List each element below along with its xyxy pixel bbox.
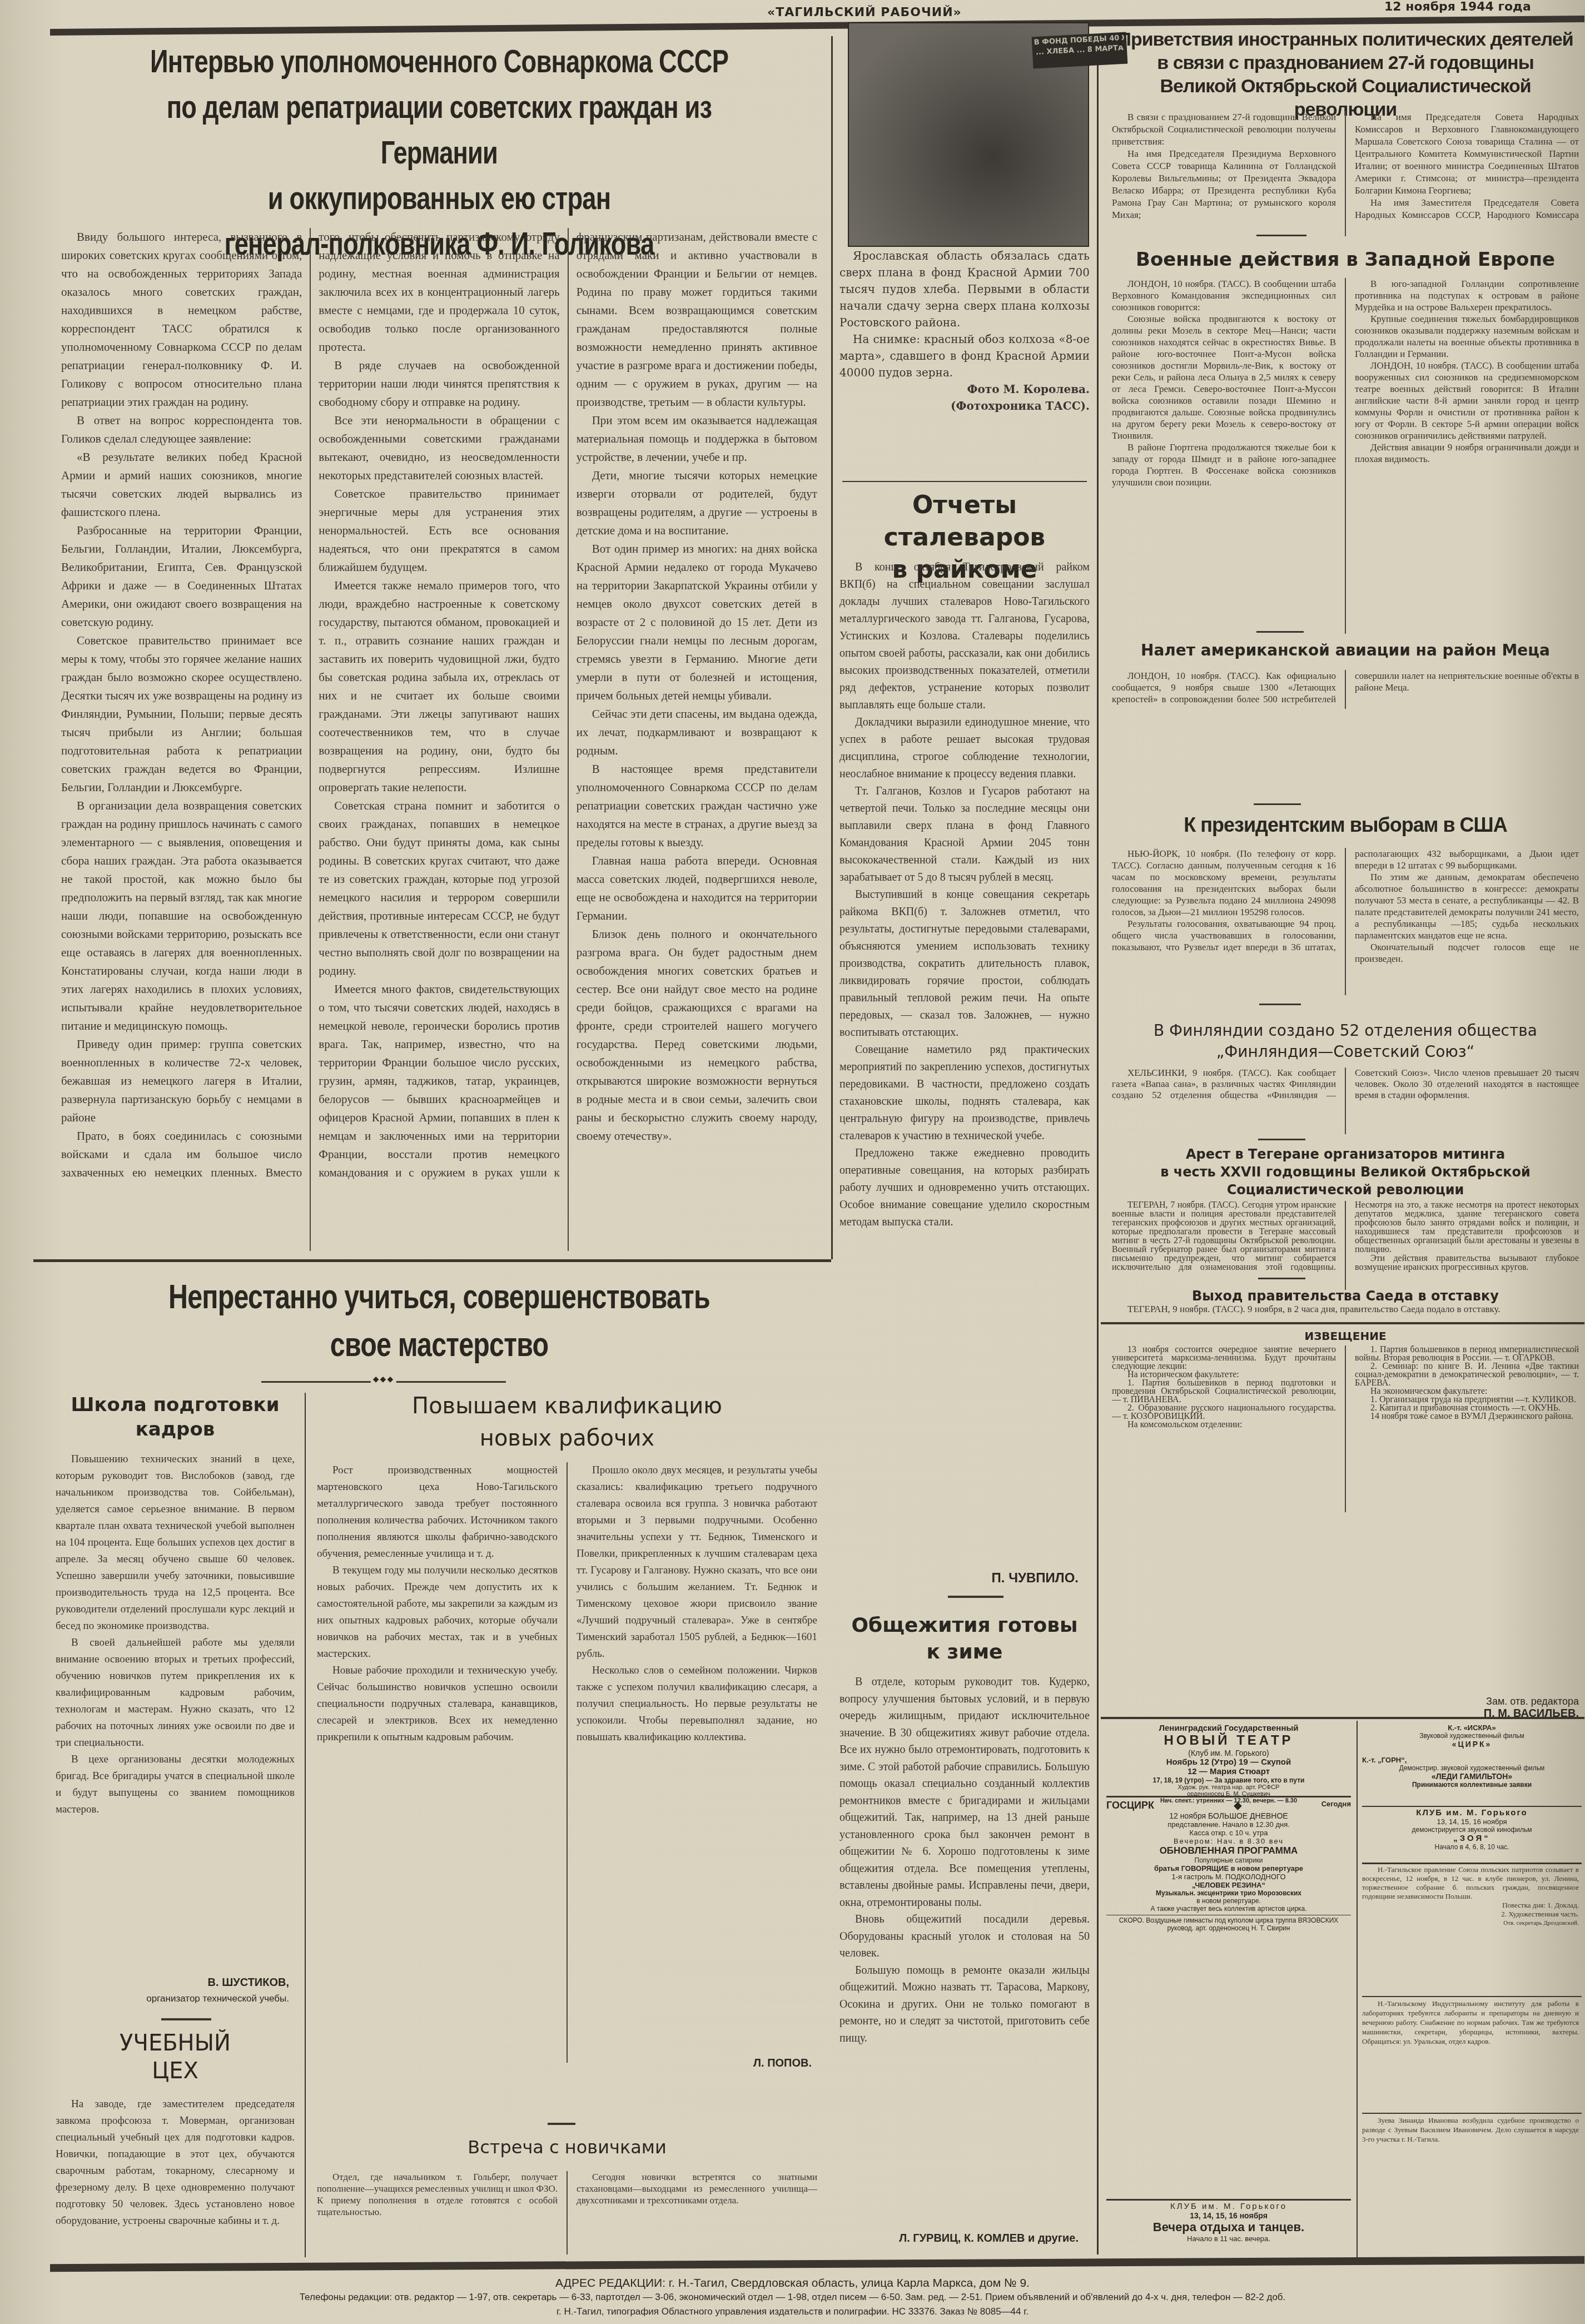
ad-divorce-notice: Зуева Зинаида Ивановна возбудила судебно… <box>1362 2116 1579 2144</box>
photo-credit: Фото М. Королева. <box>839 381 1090 398</box>
footer-phones: Телефоны редакции: отв. редактор — 1-97,… <box>0 2292 1585 2303</box>
photo-agency: (Фотохроника ТАСС). <box>839 398 1090 414</box>
ad-circus: ГОСЦИРК ◆ Сегодня 12 ноября БОЛЬШОЕ ДНЕВ… <box>1106 1800 1351 1932</box>
separator <box>1362 1863 1582 1864</box>
school-signature: В. ШУСТИКОВ, <box>56 1977 289 1989</box>
qualification-article: Повышаем квалификацию новых рабочих <box>317 1390 817 1454</box>
tehran-headline-3: Социалистической революции <box>1112 1181 1579 1199</box>
photo-grain-convoy: В ФОНД ПОБЕДЫ 400 ... ХЛЕБА ... 8 МАРТА <box>848 22 1089 247</box>
photo-caption: Ярославская область обязалась сдать свер… <box>839 247 1090 331</box>
greetings-headline-1: Приветствия иностранных политических дея… <box>1112 28 1579 51</box>
school-headline-1: Школа подготовки <box>56 1393 295 1417</box>
dorms-body: В отделе, которым руководит тов. Кудерко… <box>839 1674 1090 2229</box>
metz-raid-body: ЛОНДОН, 10 ноября. (ТАСС). Как официальн… <box>1112 670 1579 709</box>
ad-polish-patriots: Н.-Тагильское правление Союза польских п… <box>1362 1865 1579 1928</box>
column-divider <box>1357 1721 1358 2260</box>
school-body: Повышению технических знаний в цехе, кот… <box>56 1451 295 1985</box>
paper-name: «ТАГИЛЬСКИЙ РАБОЧИЙ» <box>767 6 962 19</box>
notice-headline: ИЗВЕЩЕНИЕ <box>1112 1329 1579 1343</box>
column-divider <box>831 36 833 1259</box>
metz-raid-headline: Налет американской авиации на район Меца <box>1112 639 1579 662</box>
issue-date: 12 ноября 1944 года <box>1384 0 1531 14</box>
learn-headline-1: Непрестанно учиться, совершенствовать <box>145 1273 734 1321</box>
notice-body: 13 ноября состоится очередное занятие ве… <box>1112 1345 1579 1512</box>
tehran-headline-2: в честь XXVII годовщины Великой Октябрьс… <box>1112 1163 1579 1181</box>
ornament-divider <box>261 1381 506 1383</box>
school-article: Школа подготовки кадров <box>56 1393 295 1442</box>
tehran-arrest-body: ТЕГЕРАН, 7 ноября. (ТАСС). Сегодня утром… <box>1112 1201 1579 1290</box>
ad-club-gorky-dance: КЛУБ им. М. Горького 13, 14, 15, 16 нояб… <box>1106 2202 1351 2243</box>
qualification-body: Рост производственных мощностей мартенов… <box>317 1462 817 2063</box>
west-europe-headline: Военные действия в Западной Европе <box>1112 247 1579 272</box>
golikov-body: Ввиду большого интереса, вызванного в ши… <box>61 228 817 1251</box>
steelworkers-body: В конце октября Тагилстроевский райком В… <box>839 559 1090 1543</box>
dorms-article: Общежития готовы к зиме <box>839 1612 1090 1666</box>
training-shop-body: На заводе, где заместителем председателя… <box>56 2096 295 2257</box>
golikov-headline-2: по делам репатриации советских граждан и… <box>145 85 734 176</box>
meeting-headline: Встреча с новичками <box>317 2135 817 2159</box>
ad-iskra: К.-т. «ИСКРА» Звуковой художественный фи… <box>1362 1724 1582 1749</box>
us-elections-body: НЬЮ-ЙОРК, 10 ноября. (По телефону от кор… <box>1112 848 1579 995</box>
finland-body: ХЕЛЬСИНКИ, 9 ноября. (ТАСС). Как сообщае… <box>1112 1067 1579 1134</box>
photo-caption-2: На снимке: красный обоз колхоза «8-ое ма… <box>839 331 1090 381</box>
finland-headline-1: В Финляндии создано 52 отделения обществ… <box>1112 1020 1579 1041</box>
ad-club-gorky-zoya: КЛУБ им. М. Горького 13, 14, 15, 16 нояб… <box>1362 1808 1582 1851</box>
separator <box>1259 1004 1301 1005</box>
ad-gorn: К.-т. „ГОРН“, Демонстрир. звуковой худож… <box>1362 1756 1582 1789</box>
diamond-icon: ◆ <box>1234 1800 1241 1811</box>
dorms-signature: Л. ГУРВИЦ, К. КОМЛЕВ и другие. <box>839 2232 1079 2245</box>
saed-body: ТЕГЕРАН, 9 ноября. (ТАСС). 9 ноября, в 2… <box>1112 1304 1579 1314</box>
newspaper-page: «ТАГИЛЬСКИЙ РАБОЧИЙ» 12 ноября 1944 года… <box>0 0 1585 2324</box>
column-divider <box>1097 36 1099 2255</box>
training-shop-headline-2: ЦЕХ <box>56 2057 295 2085</box>
separator <box>1106 1796 1351 1797</box>
steelworkers-signature: П. ЧУВПИЛО. <box>839 1571 1079 1586</box>
section-rule <box>33 1259 831 1262</box>
separator <box>1258 1278 1305 1279</box>
golikov-headline-3: и оккупированных ею стран <box>145 176 734 221</box>
dorms-headline-2: к зиме <box>839 1639 1090 1666</box>
tehran-headline-1: Арест в Тегеране организаторов митинга <box>1112 1145 1579 1163</box>
section-rule <box>1101 1322 1584 1324</box>
separator <box>1106 2199 1351 2201</box>
separator <box>1256 235 1306 236</box>
separator <box>161 2018 211 2020</box>
training-shop-headline-1: УЧЕБНЫЙ <box>56 2029 295 2057</box>
ad-industrial-institute: Н.-Тагильскому Индустриальному институту… <box>1362 1999 1579 2046</box>
qualification-signature: Л. ПОПОВ. <box>578 2057 812 2070</box>
finland-article: В Финляндии создано 52 отделения обществ… <box>1112 1020 1579 1062</box>
column-divider <box>305 1393 306 2257</box>
qualification-headline-2: новых рабочих <box>317 1422 817 1454</box>
tehran-arrest-article: Арест в Тегеране организаторов митинга в… <box>1112 1145 1579 1199</box>
separator <box>1362 1806 1582 1807</box>
separator <box>1258 1139 1305 1140</box>
golikov-headline-1: Интервью уполномоченного Совнаркома СССР <box>145 39 734 85</box>
steelworkers-headline-1: Отчеты сталеваров <box>839 489 1090 554</box>
section-rule <box>1101 1717 1584 1719</box>
us-elections-headline: К президентским выборам в США <box>1112 812 1579 838</box>
footer-address: АДРЕС РЕДАКЦИИ: г. Н.-Тагил, Свердловска… <box>0 2277 1585 2290</box>
west-europe-body: ЛОНДОН, 10 ноября. (ТАСС). В сообщении ш… <box>1112 278 1579 634</box>
learn-headline-2: свое мастерство <box>145 1321 734 1369</box>
footer-printer: г. Н.-Тагил, типография Областного управ… <box>0 2306 1585 2317</box>
theater-title: НОВЫЙ ТЕАТР <box>1106 1733 1351 1749</box>
ad-new-theater: Ленинградский Государственный НОВЫЙ ТЕАТ… <box>1106 1724 1351 1804</box>
meeting-body: Отдел, где начальником т. Гольберг, полу… <box>317 2171 817 2255</box>
photo-caption-block: Ярославская область обязалась сдать свер… <box>839 247 1090 414</box>
separator <box>1254 803 1301 805</box>
bottom-rule <box>50 2256 1584 2272</box>
separator <box>1256 631 1304 633</box>
editor-label: Зам. отв. редактора <box>1362 1696 1579 1707</box>
school-headline-2: кадров <box>56 1417 295 1442</box>
greetings-article: Приветствия иностранных политических дея… <box>1112 28 1579 121</box>
separator <box>1362 1996 1582 1997</box>
greetings-body: В связи с празднованием 27-й годовщины В… <box>1112 111 1579 236</box>
saed-headline: Выход правительства Саеда в отставку <box>1112 1287 1579 1305</box>
separator <box>842 481 1087 482</box>
circus-title: ГОСЦИРК <box>1106 1800 1154 1811</box>
separator <box>948 1596 1003 1598</box>
school-signature-role: организатор технической учебы. <box>56 1993 289 2004</box>
greetings-headline-2: в связи с празднованием 27-й годовщины <box>1112 51 1579 75</box>
separator <box>548 2123 575 2125</box>
section-learn-header: Непрестанно учиться, совершенствовать св… <box>61 1273 817 1369</box>
separator <box>1362 2113 1582 2114</box>
dorms-headline-1: Общежития готовы <box>839 1612 1090 1639</box>
qualification-headline-1: Повышаем квалификацию <box>317 1390 817 1422</box>
finland-headline-2: „Финляндия—Советский Союз“ <box>1112 1041 1579 1062</box>
training-shop-article: УЧЕБНЫЙ ЦЕХ <box>56 2029 295 2085</box>
